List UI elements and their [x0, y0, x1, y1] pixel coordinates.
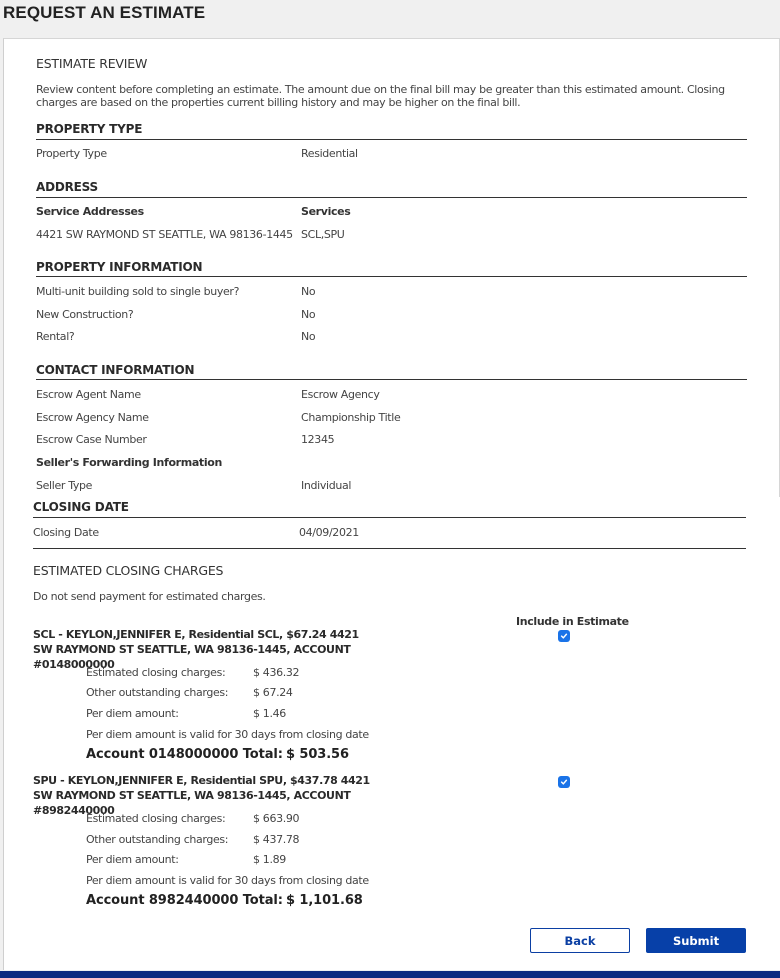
account-total-label: Account 8982440000 Total: [86, 893, 283, 908]
property-type-heading: PROPERTY TYPE [36, 122, 142, 136]
escrow-case-value: 12345 [301, 433, 334, 446]
include-checkbox-spu[interactable] [558, 776, 570, 788]
address-heading: ADDRESS [36, 180, 98, 194]
divider [33, 548, 746, 549]
closing-charges-title: ESTIMATED CLOSING CHARGES [33, 563, 223, 578]
divider [36, 139, 747, 140]
service-addresses-header: Service Addresses [36, 205, 144, 218]
estimated-charges-label: Estimated closing charges: [86, 666, 225, 679]
property-type-value: Residential [301, 147, 358, 160]
contact-info-heading: CONTACT INFORMATION [36, 363, 194, 377]
forwarding-info-heading: Seller's Forwarding Information [36, 456, 222, 469]
page-title: REQUEST AN ESTIMATE [3, 3, 205, 23]
seller-type-label: Seller Type [36, 479, 92, 492]
account-total-value: $ 503.56 [286, 747, 349, 762]
closing-date-value: 04/09/2021 [299, 526, 359, 539]
new-construction-label: New Construction? [36, 308, 133, 321]
service-address-value: 4421 SW RAYMOND ST SEATTLE, WA 98136-144… [36, 228, 293, 241]
per-diem-note: Per diem amount is valid for 30 days fro… [86, 874, 369, 887]
divider [36, 379, 747, 380]
escrow-agency-value: Championship Title [301, 411, 400, 424]
escrow-agency-label: Escrow Agency Name [36, 411, 149, 424]
outstanding-charges-label: Other outstanding charges: [86, 833, 228, 846]
divider [33, 517, 746, 518]
account-total-value: $ 1,101.68 [286, 893, 363, 908]
services-header: Services [301, 205, 350, 218]
multi-unit-value: No [301, 285, 315, 298]
outstanding-charges-label: Other outstanding charges: [86, 686, 228, 699]
checkmark-icon [560, 778, 568, 786]
per-diem-note: Per diem amount is valid for 30 days fro… [86, 728, 369, 741]
closing-date-heading: CLOSING DATE [33, 500, 129, 514]
closing-date-label: Closing Date [33, 526, 99, 539]
estimated-charges-label: Estimated closing charges: [86, 812, 225, 825]
services-value: SCL,SPU [301, 228, 345, 241]
include-in-estimate-header: Include in Estimate [516, 615, 629, 628]
per-diem-value: $ 1.46 [253, 707, 286, 720]
seller-type-value: Individual [301, 479, 351, 492]
new-construction-value: No [301, 308, 315, 321]
estimated-charges-value: $ 436.32 [253, 666, 299, 679]
estimated-charges-value: $ 663.90 [253, 812, 299, 825]
per-diem-label: Per diem amount: [86, 853, 179, 866]
escrow-agent-value: Escrow Agency [301, 388, 380, 401]
multi-unit-label: Multi-unit building sold to single buyer… [36, 285, 239, 298]
outstanding-charges-value: $ 437.78 [253, 833, 299, 846]
submit-button[interactable]: Submit [646, 928, 746, 953]
back-button[interactable]: Back [530, 928, 630, 953]
rental-value: No [301, 330, 315, 343]
checkmark-icon [560, 632, 568, 640]
closing-charges-note: Do not send payment for estimated charge… [33, 590, 266, 603]
footer-bar [0, 971, 780, 978]
property-type-label: Property Type [36, 147, 107, 160]
divider [36, 197, 747, 198]
escrow-case-label: Escrow Case Number [36, 433, 147, 446]
review-title: ESTIMATE REVIEW [36, 56, 147, 71]
include-checkbox-scl[interactable] [558, 630, 570, 642]
divider [36, 276, 747, 277]
per-diem-value: $ 1.89 [253, 853, 286, 866]
per-diem-label: Per diem amount: [86, 707, 179, 720]
review-description: Review content before completing an esti… [36, 83, 741, 109]
rental-label: Rental? [36, 330, 74, 343]
property-info-heading: PROPERTY INFORMATION [36, 260, 202, 274]
outstanding-charges-value: $ 67.24 [253, 686, 293, 699]
escrow-agent-label: Escrow Agent Name [36, 388, 141, 401]
account-total-label: Account 0148000000 Total: [86, 747, 283, 762]
